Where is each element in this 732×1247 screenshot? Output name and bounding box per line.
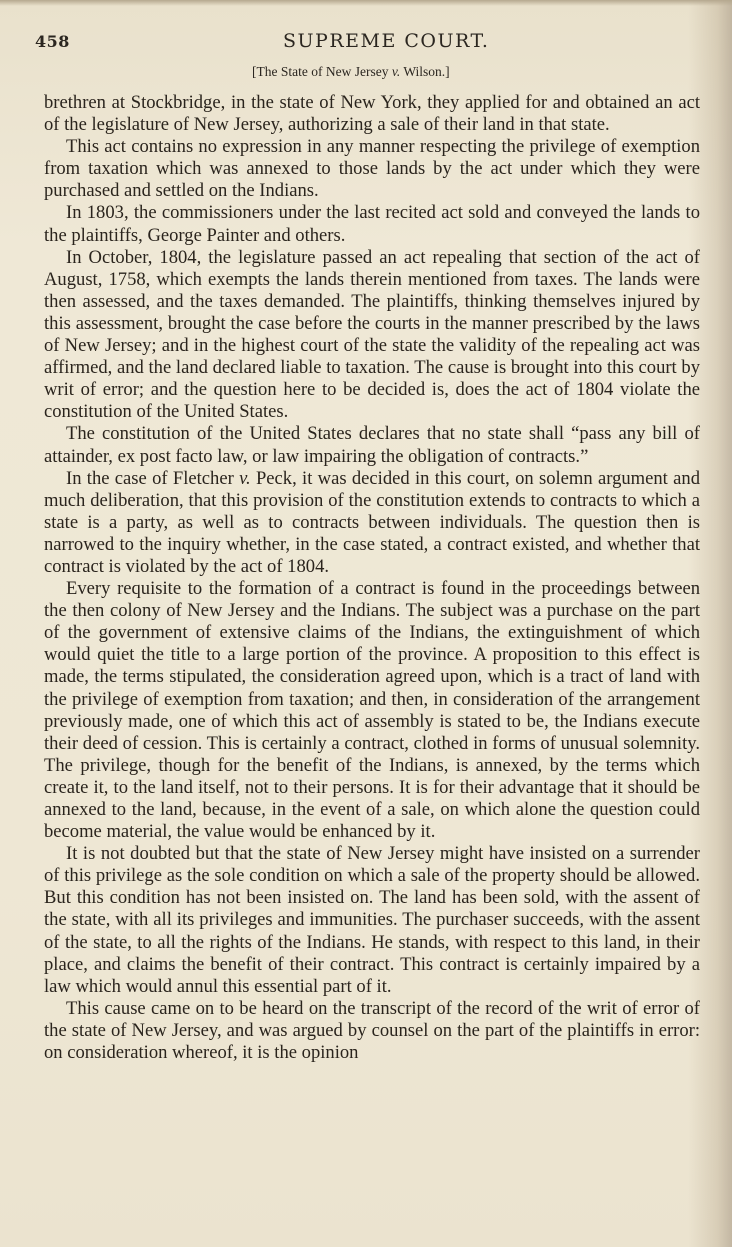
- running-title: SUPREME COURT.: [283, 30, 489, 52]
- paragraph-text: In the case of Fletcher: [66, 468, 239, 489]
- case-caption: [The State of New Jersey v. Wilson.]: [252, 64, 450, 80]
- paragraph: In 1803, the commissioners under the las…: [44, 202, 700, 246]
- paragraph: It is not doubted but that the state of …: [44, 843, 700, 998]
- paragraph-fletcher-v-peck: In the case of Fletcher v. Peck, it was …: [44, 468, 700, 578]
- book-page: 458 SUPREME COURT. [The State of New Jer…: [0, 0, 732, 1247]
- paragraph: This act contains no expression in any m…: [44, 136, 700, 202]
- page-top-edge: [0, 0, 732, 6]
- paragraph: Every requisite to the formation of a co…: [44, 578, 700, 843]
- case-caption-versus: v.: [392, 64, 400, 79]
- page-number: 458: [35, 32, 70, 51]
- running-head: 458 SUPREME COURT.: [35, 30, 675, 54]
- paragraph-continued: brethren at Stockbridge, in the state of…: [44, 92, 700, 136]
- paragraph: This cause came on to be heard on the tr…: [44, 998, 700, 1064]
- paragraph: The constitution of the United States de…: [44, 423, 700, 467]
- body-text: brethren at Stockbridge, in the state of…: [44, 92, 700, 1064]
- case-caption-suffix: Wilson.]: [400, 64, 449, 79]
- paragraph: In October, 1804, the legislature passed…: [44, 247, 700, 424]
- versus-italic: v.: [239, 468, 251, 489]
- case-caption-prefix: [The State of New Jersey: [252, 64, 392, 79]
